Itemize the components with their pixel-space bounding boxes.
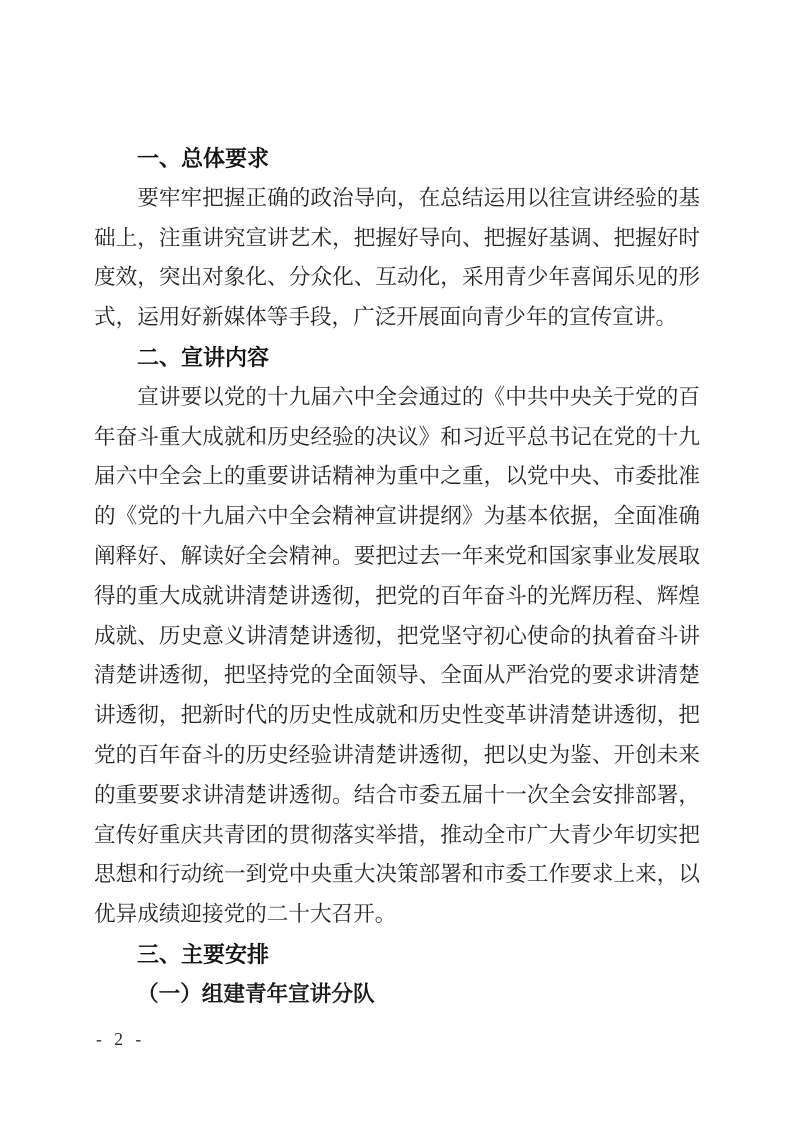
subsection-heading-youth-lecture-team: （一）组建青年宣讲分队 [94,975,700,1015]
paragraph-lecture-content: 宣讲要以党的十九届六中全会通过的《中共中央关于党的百年奋斗重大成就和历史经验的决… [94,378,700,935]
document-page: 一、总体要求 要牢牢把握正确的政治导向，在总结运用以往宣讲经验的基础上，注重讲究… [0,0,793,1122]
document-body: 一、总体要求 要牢牢把握正确的政治导向，在总结运用以往宣讲经验的基础上，注重讲究… [94,139,700,1015]
section-heading-main-arrangements: 三、主要安排 [94,935,700,975]
section-heading-general-requirements: 一、总体要求 [94,139,700,179]
section-heading-lecture-content: 二、宣讲内容 [94,338,700,378]
paragraph-general-requirements: 要牢牢把握正确的政治导向，在总结运用以往宣讲经验的基础上，注重讲究宣讲艺术，把握… [94,179,700,338]
page-number: - 2 - [96,1028,145,1050]
